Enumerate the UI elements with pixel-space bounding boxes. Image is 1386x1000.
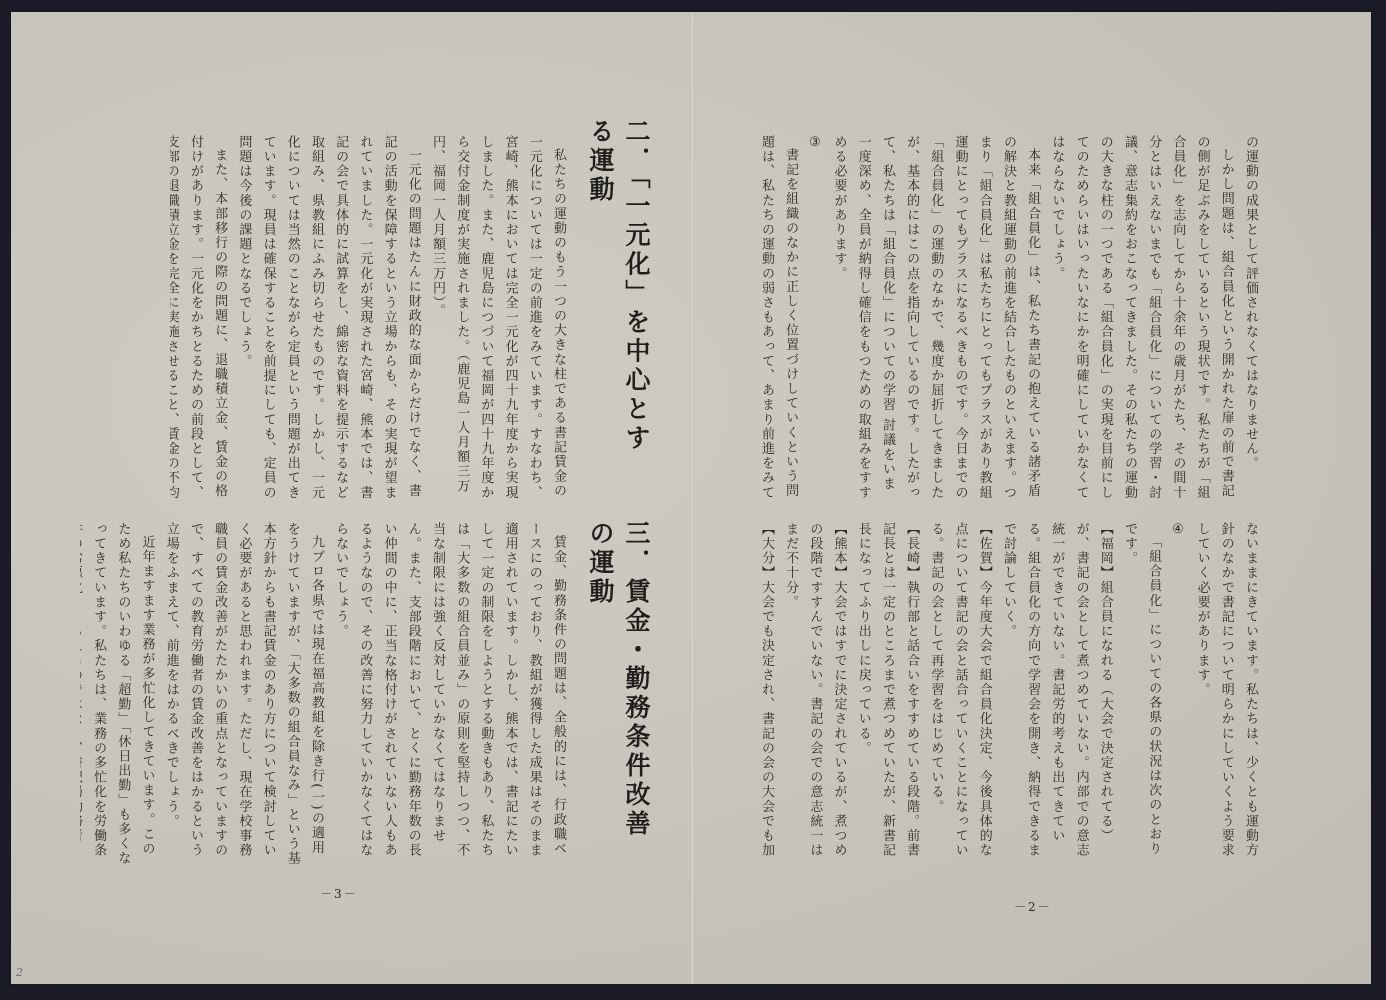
paragraph: しかし問題は、組合員化という開かれた扉の前で書記の側が足ぶみをしているという現状… — [1044, 135, 1238, 500]
paragraph: 書記を組織のなかに正しく位置づけしていくという問題は、私たちの運動の弱さもあって… — [762, 135, 802, 500]
paragraph: 九ブロ各県では現在福高教組を除き行(一)の適用をうけていますが、「大多数の組合員… — [159, 522, 328, 867]
paragraph: の運動の成果として評価されなくてはなりません。 — [1238, 135, 1262, 500]
page-number-3: －3－ — [320, 885, 358, 902]
paragraph: ④ — [1165, 522, 1189, 867]
paragraph: 【佐賀】今年度大会で組合員化決定、今後具体的な点について書記の会と話合っていくこ… — [923, 522, 996, 867]
section-2-text: 私たちの運動のもう一つの大きな柱である書記賃金の一元化については一定の前進をみて… — [170, 135, 570, 500]
right-page-bottom-text: ないままにきています。私たちは、少くとも運動方針のなかで書記について明らかにして… — [762, 522, 1262, 867]
paragraph: 近年ますます業務が多忙化してきています。このため私たちのいわゆる「超勤」「休日出… — [80, 522, 159, 867]
paragraph: 【長崎】執行部と話合いをすすめている段階。前書記長とは一定のところまで煮つめてい… — [851, 522, 924, 867]
paragraph: 賃金、勤務条件の問題は、全般的には、行政職ベースにのっており、教組が獲得した成果… — [328, 522, 570, 867]
page-fold — [691, 12, 694, 984]
section-3-text: 賃金、勤務条件の問題は、全般的には、行政職ベースにのっており、教組が獲得した成果… — [80, 522, 570, 867]
paragraph: また、本部移行の際の問題に、退職積立金、賃金の格付けがあります。一元化をかちとる… — [170, 135, 231, 500]
paragraph: ないままにきています。私たちは、少くとも運動方針のなかで書記について明らかにして… — [1189, 522, 1262, 867]
paragraph: 一元化の問題はたんに財政的な面からだけでなく、書記の活動を保障するという立場から… — [231, 135, 425, 500]
paragraph: 【熊本】大会ではすでに決定されているが、煮つめの段階ですすんでいない。書記の会で… — [778, 522, 851, 867]
paragraph: 【大分】大会でも決定され、書記の会の大会でも加入をきめたが、その後すすんでいない… — [762, 522, 778, 867]
section-3-heading: 三．賃金・勤務条件改善の運動 — [582, 520, 654, 860]
handwritten-mark: 2 — [16, 966, 23, 979]
paragraph: 本来「組合員化」は、私たち書記の抱えている諸矛盾の解決と教組運動の前進を結合した… — [826, 135, 1044, 500]
page-number-2: －2－ — [1014, 898, 1052, 915]
paragraph: ③ — [802, 135, 826, 500]
paragraph: 【福岡】組合員になれる（大会で決定されてる）が、書記の会として煮つめていない。内… — [996, 522, 1117, 867]
paragraph: 私たちの運動のもう一つの大きな柱である書記賃金の一元化については一定の前進をみて… — [425, 135, 570, 500]
paragraph: 「組合員化」についての各県の状況は次のとおりです。 — [1117, 522, 1165, 867]
section-2-heading: 二．「一元化」を中心とする運動 — [582, 118, 654, 458]
right-page-top-text: の運動の成果として評価されなくてはなりません。しかし問題は、組合員化という開かれ… — [762, 135, 1262, 500]
